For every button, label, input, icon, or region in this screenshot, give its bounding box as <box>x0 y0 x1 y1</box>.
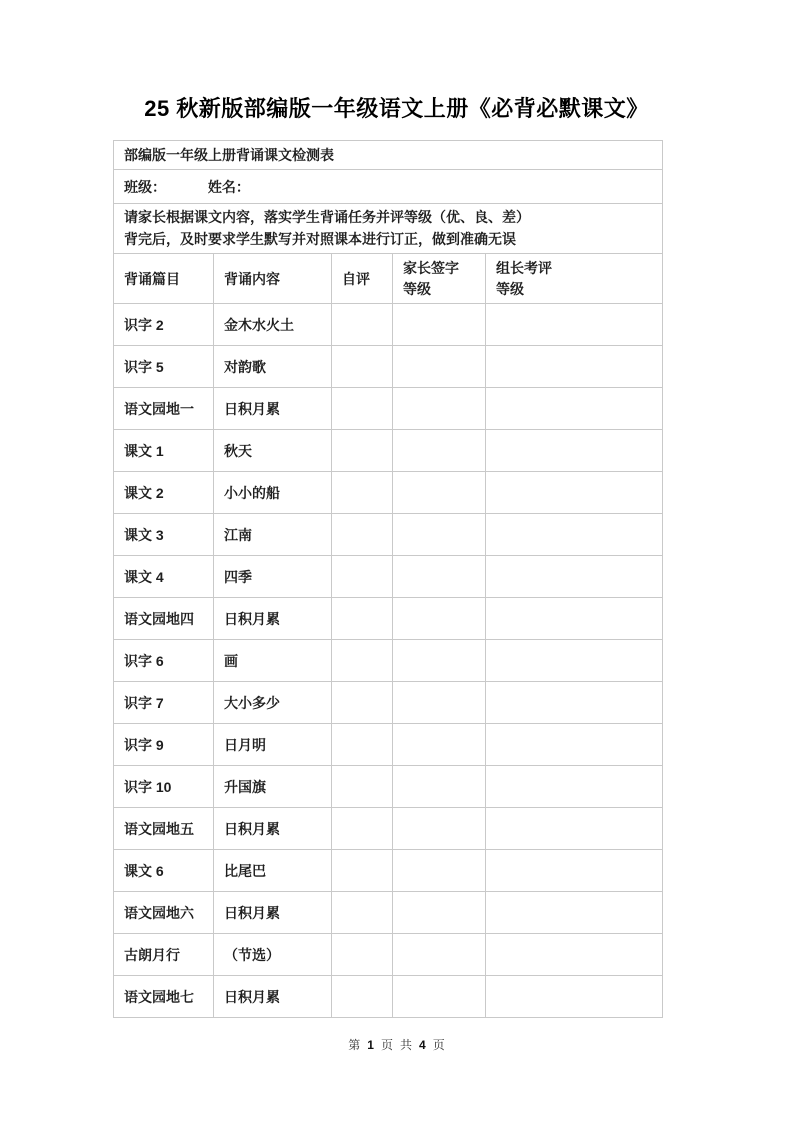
leader-eval-cell <box>486 934 663 976</box>
lesson-title-cell: 语文园地四 <box>114 598 214 640</box>
parent-sign-cell <box>393 640 486 682</box>
self-eval-cell <box>332 640 393 682</box>
leader-eval-cell <box>486 430 663 472</box>
content-cell: （节选） <box>214 934 332 976</box>
table-row: 识字 9 日月明 <box>114 724 663 766</box>
content-cell: 大小多少 <box>214 682 332 724</box>
parent-sign-cell <box>393 472 486 514</box>
lesson-title-cell: 课文 6 <box>114 850 214 892</box>
lesson-title-cell: 课文 1 <box>114 430 214 472</box>
leader-eval-cell <box>486 724 663 766</box>
lesson-title-cell: 语文园地七 <box>114 976 214 1018</box>
table-row: 课文 1 秋天 <box>114 430 663 472</box>
leader-eval-cell <box>486 346 663 388</box>
parent-sign-cell <box>393 514 486 556</box>
footer-total-pages: 4 <box>419 1038 426 1052</box>
leader-eval-cell <box>486 472 663 514</box>
caption-row: 部编版一年级上册背诵课文检测表 <box>114 141 663 170</box>
content-cell: 画 <box>214 640 332 682</box>
parent-sign-cell <box>393 598 486 640</box>
table-row: 识字 7 大小多少 <box>114 682 663 724</box>
lesson-title-cell: 识字 9 <box>114 724 214 766</box>
header-recite-content: 背诵内容 <box>214 254 332 304</box>
content-cell: 日月明 <box>214 724 332 766</box>
content-cell: 四季 <box>214 556 332 598</box>
self-eval-cell <box>332 934 393 976</box>
self-eval-cell <box>332 346 393 388</box>
parent-sign-cell <box>393 892 486 934</box>
lesson-title-cell: 课文 3 <box>114 514 214 556</box>
leader-eval-cell <box>486 808 663 850</box>
parent-sign-cell <box>393 724 486 766</box>
footer-current-page: 1 <box>367 1038 374 1052</box>
content-cell: 比尾巴 <box>214 850 332 892</box>
instructions-line-1: 请家长根据课文内容，落实学生背诵任务并评等级（优、良、差） <box>124 207 652 229</box>
content-cell: 升国旗 <box>214 766 332 808</box>
table-row: 语文园地七 日积月累 <box>114 976 663 1018</box>
footer-page-label: 页 <box>381 1036 393 1053</box>
content-cell: 日积月累 <box>214 388 332 430</box>
table-row: 课文 2 小小的船 <box>114 472 663 514</box>
self-eval-cell <box>332 724 393 766</box>
self-eval-cell <box>332 682 393 724</box>
content-cell: 对韵歌 <box>214 346 332 388</box>
self-eval-cell <box>332 766 393 808</box>
content-cell: 小小的船 <box>214 472 332 514</box>
lesson-title-cell: 识字 2 <box>114 304 214 346</box>
table-row: 识字 2 金木水火土 <box>114 304 663 346</box>
table-row: 语文园地四 日积月累 <box>114 598 663 640</box>
header-row: 背诵篇目 背诵内容 自评 家长签字 等级 组长考评 等级 <box>114 254 663 304</box>
content-cell: 金木水火土 <box>214 304 332 346</box>
name-label: 姓名： <box>208 179 250 195</box>
footer-suffix: 页 <box>433 1036 445 1053</box>
parent-sign-cell <box>393 808 486 850</box>
content-cell: 江南 <box>214 514 332 556</box>
recitation-check-table: 部编版一年级上册背诵课文检测表 班级： 姓名： 请家长根据课文内容，落实学生背诵… <box>113 140 663 1018</box>
lesson-title-cell: 识字 6 <box>114 640 214 682</box>
self-eval-cell <box>332 892 393 934</box>
content-cell: 日积月累 <box>214 598 332 640</box>
instructions-row: 请家长根据课文内容，落实学生背诵任务并评等级（优、良、差） 背完后，及时要求学生… <box>114 204 663 254</box>
self-eval-cell <box>332 808 393 850</box>
header-leader-eval-grade: 组长考评 等级 <box>486 254 663 304</box>
instructions-cell: 请家长根据课文内容，落实学生背诵任务并评等级（优、良、差） 背完后，及时要求学生… <box>114 204 663 254</box>
footer-prefix: 第 <box>348 1036 360 1053</box>
content-cell: 日积月累 <box>214 808 332 850</box>
parent-sign-cell <box>393 850 486 892</box>
leader-eval-cell <box>486 850 663 892</box>
leader-eval-cell <box>486 304 663 346</box>
lesson-title-cell: 语文园地六 <box>114 892 214 934</box>
leader-eval-cell <box>486 976 663 1018</box>
lesson-title-cell: 识字 10 <box>114 766 214 808</box>
lesson-title-cell: 课文 4 <box>114 556 214 598</box>
table-row: 识字 10 升国旗 <box>114 766 663 808</box>
footer-total-label: 共 <box>400 1036 412 1053</box>
leader-eval-cell <box>486 640 663 682</box>
leader-eval-cell <box>486 682 663 724</box>
table-row: 语文园地六 日积月累 <box>114 892 663 934</box>
table-row: 语文园地一 日积月累 <box>114 388 663 430</box>
self-eval-cell <box>332 976 393 1018</box>
content-cell: 日积月累 <box>214 892 332 934</box>
leader-eval-cell <box>486 766 663 808</box>
lesson-title-cell: 课文 2 <box>114 472 214 514</box>
self-eval-cell <box>332 472 393 514</box>
leader-eval-cell <box>486 892 663 934</box>
table-row: 课文 3 江南 <box>114 514 663 556</box>
table-row: 课文 6 比尾巴 <box>114 850 663 892</box>
self-eval-cell <box>332 304 393 346</box>
parent-sign-cell <box>393 766 486 808</box>
class-label: 班级： <box>124 179 166 195</box>
parent-sign-cell <box>393 556 486 598</box>
self-eval-cell <box>332 430 393 472</box>
table-caption: 部编版一年级上册背诵课文检测表 <box>114 141 663 170</box>
parent-sign-cell <box>393 934 486 976</box>
header-parent-sign-grade: 家长签字 等级 <box>393 254 486 304</box>
table-body: 部编版一年级上册背诵课文检测表 班级： 姓名： 请家长根据课文内容，落实学生背诵… <box>114 141 663 1018</box>
page-title: 25 秋新版部编版一年级语文上册《必背必默课文》 <box>0 95 793 124</box>
self-eval-cell <box>332 556 393 598</box>
class-name-row: 班级： 姓名： <box>114 170 663 204</box>
content-cell: 日积月累 <box>214 976 332 1018</box>
lesson-title-cell: 古朗月行 <box>114 934 214 976</box>
parent-sign-cell <box>393 304 486 346</box>
parent-sign-cell <box>393 682 486 724</box>
page-footer: 第 1 页 共 4 页 <box>0 1036 793 1053</box>
table-row: 识字 6 画 <box>114 640 663 682</box>
parent-sign-cell <box>393 430 486 472</box>
lesson-title-cell: 语文园地一 <box>114 388 214 430</box>
table-row: 语文园地五 日积月累 <box>114 808 663 850</box>
content-cell: 秋天 <box>214 430 332 472</box>
self-eval-cell <box>332 850 393 892</box>
header-lesson-title: 背诵篇目 <box>114 254 214 304</box>
parent-sign-cell <box>393 976 486 1018</box>
self-eval-cell <box>332 598 393 640</box>
leader-eval-cell <box>486 514 663 556</box>
self-eval-cell <box>332 514 393 556</box>
leader-eval-cell <box>486 598 663 640</box>
class-name-cell: 班级： 姓名： <box>114 170 663 204</box>
table-row: 识字 5 对韵歌 <box>114 346 663 388</box>
table-row: 课文 4 四季 <box>114 556 663 598</box>
table-row: 古朗月行 （节选） <box>114 934 663 976</box>
leader-eval-cell <box>486 388 663 430</box>
header-self-eval: 自评 <box>332 254 393 304</box>
self-eval-cell <box>332 388 393 430</box>
instructions-line-2: 背完后，及时要求学生默写并对照课本进行订正，做到准确无误 <box>124 229 652 251</box>
lesson-title-cell: 识字 7 <box>114 682 214 724</box>
parent-sign-cell <box>393 346 486 388</box>
parent-sign-cell <box>393 388 486 430</box>
leader-eval-cell <box>486 556 663 598</box>
lesson-title-cell: 语文园地五 <box>114 808 214 850</box>
lesson-title-cell: 识字 5 <box>114 346 214 388</box>
